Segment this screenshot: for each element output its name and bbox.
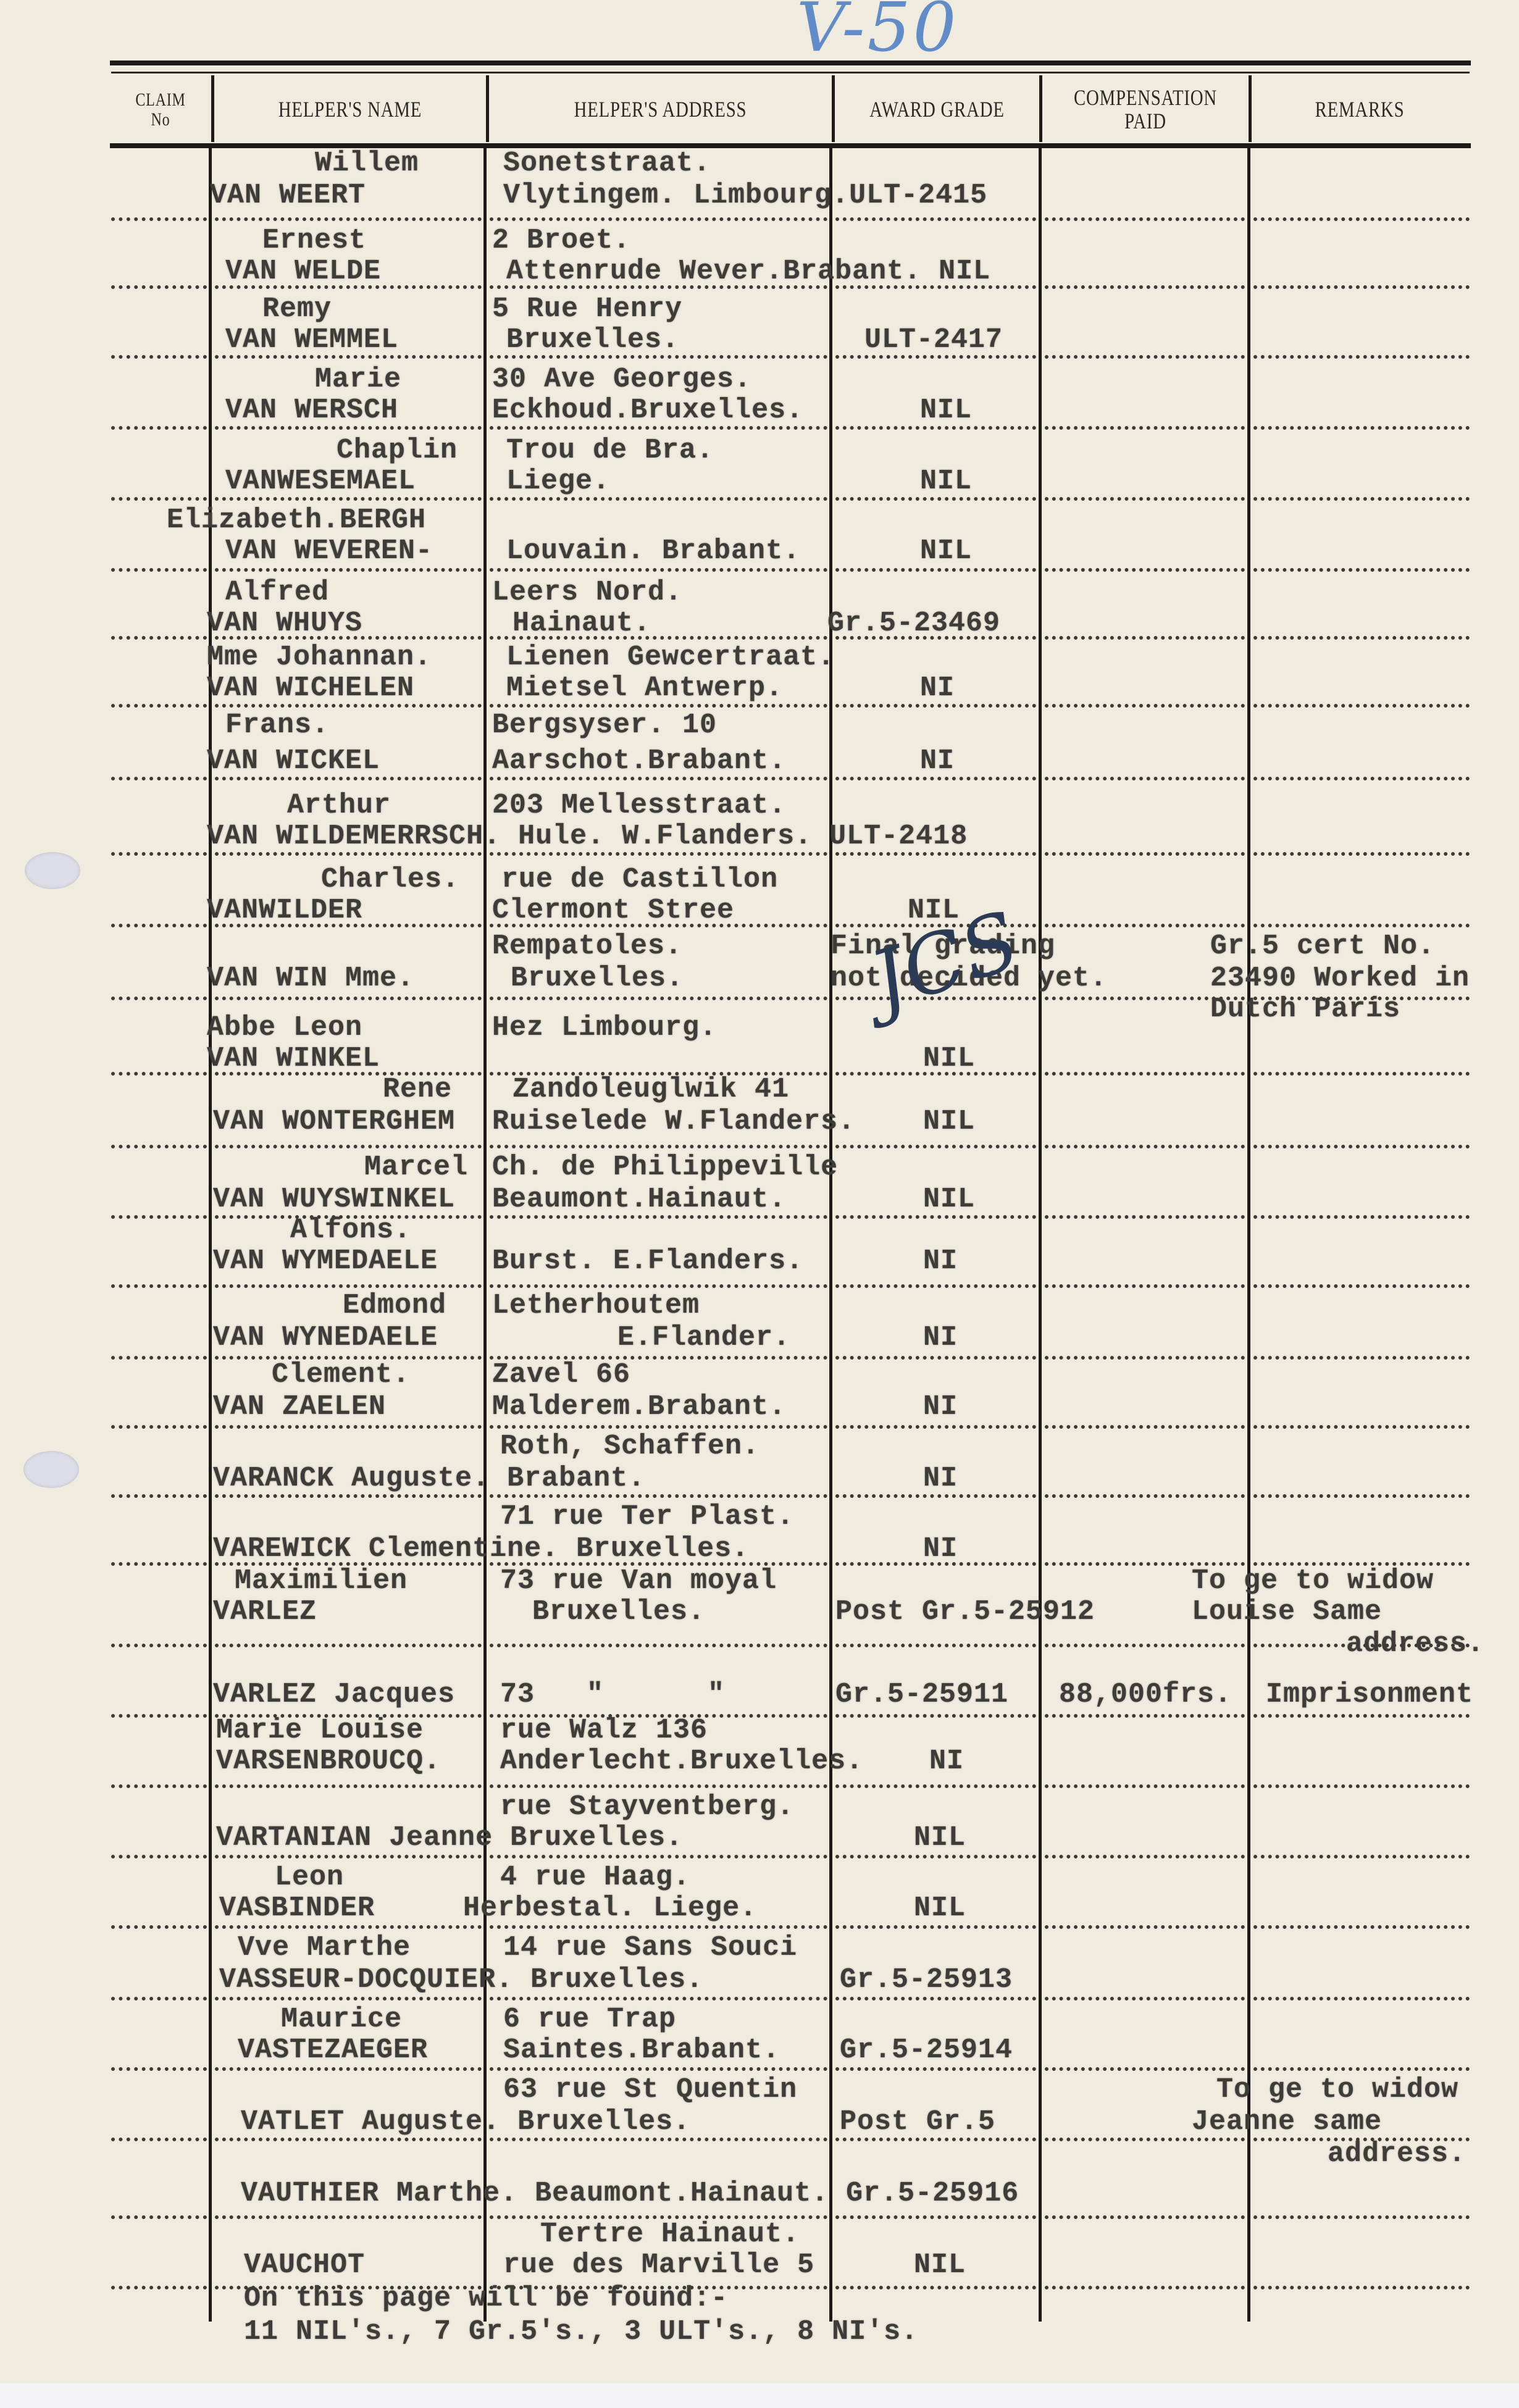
- row-separator: [111, 1784, 207, 1788]
- row-separator: [490, 497, 827, 501]
- column-header-helper-name: HELPER'S NAME: [241, 77, 459, 142]
- helper-address: Liege.: [506, 466, 610, 497]
- row-separator: [835, 1284, 1036, 1288]
- helper-surname: VAN WINKEL: [207, 1043, 380, 1074]
- helper-name-and-address: VARANCK Auguste. Brabant.: [213, 1463, 645, 1494]
- row-separator: [1045, 924, 1245, 927]
- row-separator: [490, 777, 827, 780]
- row-separator: [111, 2215, 207, 2219]
- remarks-text: Imprisonment: [1266, 1679, 1473, 1710]
- row-separator: [215, 2215, 482, 2219]
- row-separator: [1253, 355, 1470, 359]
- row-separator: [835, 852, 1036, 856]
- row-separator: [490, 2067, 827, 2071]
- row-separator: [111, 852, 207, 856]
- row-separator: [835, 426, 1036, 430]
- row-separator: [835, 1494, 1036, 1498]
- row-separator: [1045, 1714, 1245, 1718]
- header-divider: [211, 75, 214, 142]
- row-separator: [490, 1784, 827, 1788]
- row-separator: [111, 1562, 207, 1566]
- row-separator: [1045, 1997, 1245, 2000]
- helper-address: 4 rue Haag.: [500, 1862, 690, 1893]
- award-grade: Gr.5-23469: [827, 608, 1000, 639]
- row-separator: [490, 1284, 827, 1288]
- helper-address: Ruiselede W.Flanders.: [492, 1106, 855, 1137]
- helper-first-name: Willem: [315, 148, 419, 179]
- row-separator: [1253, 1855, 1470, 1858]
- row-separator: [1045, 285, 1245, 289]
- helper-address: Louvain. Brabant.: [506, 536, 800, 567]
- row-separator: [1253, 924, 1470, 927]
- helper-address: 30 Ave Georges.: [492, 364, 751, 395]
- row-separator: [835, 1997, 1036, 2000]
- row-separator: [1253, 1215, 1470, 1219]
- row-separator: [215, 2067, 482, 2071]
- remarks-text: Dutch Paris: [1210, 994, 1400, 1025]
- helper-address: rue des Marville 5: [503, 2250, 814, 2281]
- row-separator: [1045, 2286, 1245, 2289]
- row-separator: [1253, 636, 1470, 640]
- award-grade: NIL: [923, 1043, 975, 1074]
- header-divider: [832, 75, 835, 142]
- row-separator: [490, 1997, 827, 2000]
- helper-address: 71 rue Ter Plast.: [500, 1502, 794, 1532]
- row-separator: [1253, 1997, 1470, 2000]
- row-separator: [111, 1215, 207, 1219]
- helper-address: Zandoleuglwik 41: [513, 1074, 789, 1105]
- row-separator: [215, 1925, 482, 1929]
- row-separator: [111, 497, 207, 501]
- helper-address: Saintes.Brabant.: [503, 2035, 780, 2066]
- award-grade: NI: [923, 1463, 958, 1494]
- helper-address: 203 Mellesstraat.: [492, 790, 786, 821]
- remarks-text: To ge to widow: [1216, 2075, 1458, 2105]
- helper-surname: VASBINDER: [219, 1893, 375, 1924]
- row-separator: [1045, 1784, 1245, 1788]
- helper-address: Tertre Hainaut.: [540, 2219, 800, 2250]
- helper-address: Clermont Stree: [492, 895, 734, 926]
- handwritten-initials: JCS: [860, 893, 1030, 1029]
- row-separator: [1253, 1356, 1470, 1360]
- helper-address: Leers Nord.: [492, 577, 682, 608]
- top-rule-thin: [111, 72, 1470, 73]
- row-separator: [490, 997, 827, 1000]
- row-separator: [1045, 426, 1245, 430]
- helper-first-name: Ernest: [262, 225, 366, 256]
- row-separator: [111, 2138, 207, 2141]
- helper-first-name: Alfred: [225, 577, 329, 608]
- row-separator: [1045, 217, 1245, 221]
- helper-first-name: Marcel: [364, 1152, 468, 1183]
- row-separator: [111, 636, 207, 640]
- helper-first-name: Edmond: [343, 1290, 446, 1321]
- column-header-compensation-paid: COMPENSATION PAID: [1063, 77, 1228, 142]
- row-separator: [1045, 777, 1245, 780]
- row-separator: [1045, 497, 1245, 501]
- row-separator: [215, 1855, 482, 1858]
- row-separator: [1253, 1284, 1470, 1288]
- helper-surname: VAN WYNEDAELE: [213, 1323, 438, 1353]
- header-divider: [1249, 75, 1252, 142]
- award-grade: NI: [929, 1746, 964, 1777]
- row-separator: [835, 2286, 1036, 2289]
- award-grade: NIL: [920, 466, 972, 497]
- helper-surname: VAN ZAELEN: [213, 1392, 386, 1423]
- row-separator: [111, 1425, 207, 1429]
- column-divider-name: [209, 148, 212, 2322]
- helper-surname: VARLEZ: [213, 1597, 317, 1628]
- row-separator: [111, 217, 207, 221]
- row-separator: [490, 704, 827, 708]
- row-separator: [1045, 2067, 1245, 2071]
- helper-address: Sonetstraat.: [503, 148, 711, 179]
- helper-first-name: Leon: [275, 1862, 344, 1893]
- row-separator: [490, 2138, 827, 2141]
- helper-address: 5 Rue Henry: [492, 294, 682, 325]
- row-separator: [111, 1714, 207, 1718]
- row-separator: [215, 1145, 482, 1148]
- column-header-claim-no: CLAIM No: [121, 77, 200, 142]
- row-separator: [1045, 1145, 1245, 1148]
- document-page: V-50 CLAIM No HELPER'S NAME HELPER'S ADD…: [0, 0, 1519, 2383]
- remarks-text: Gr.5 cert No.: [1210, 931, 1435, 962]
- helper-address: Roth, Schaffen.: [500, 1431, 759, 1462]
- award-grade: NI: [923, 1323, 958, 1353]
- row-separator: [1253, 1714, 1470, 1718]
- helper-address: Rempatoles.: [492, 931, 682, 962]
- row-separator: [1253, 2286, 1470, 2289]
- row-separator: [1253, 1072, 1470, 1076]
- helper-surname: VAN WERSCH: [225, 395, 398, 426]
- helper-address: 73 " ": [500, 1679, 725, 1710]
- remarks-text: 23490 Worked in: [1210, 963, 1470, 994]
- scan-margin: [0, 2383, 1519, 2408]
- row-separator: [111, 426, 207, 430]
- award-grade: Post Gr.5-25912: [835, 1597, 1095, 1628]
- helper-first-name: Frans.: [225, 710, 329, 741]
- row-separator: [111, 2286, 207, 2289]
- award-grade: NIL: [923, 1106, 975, 1137]
- helper-name-and-address: VASSEUR-DOCQUIER. Bruxelles.: [219, 1965, 703, 1996]
- row-separator: [490, 426, 827, 430]
- helper-name-and-address: VAREWICK Clementine. Bruxelles.: [213, 1534, 749, 1565]
- helper-address: Lienen Gewcertraat.: [506, 642, 835, 673]
- row-separator: [1045, 2215, 1245, 2219]
- helper-address: Bruxelles.: [506, 325, 679, 356]
- row-separator: [111, 704, 207, 708]
- punch-hole: [23, 1451, 79, 1488]
- row-separator: [215, 217, 482, 221]
- row-separator: [111, 777, 207, 780]
- row-separator: [1045, 2138, 1245, 2141]
- row-separator: [490, 1925, 827, 1929]
- helper-address: 2 Broet.: [492, 225, 630, 256]
- row-separator: [835, 2215, 1036, 2219]
- award-grade: ULT-2417: [864, 325, 1003, 356]
- helper-first-name: Alfons.: [290, 1215, 411, 1246]
- row-separator: [1045, 1356, 1245, 1360]
- row-separator: [490, 1855, 827, 1858]
- row-separator: [835, 1855, 1036, 1858]
- row-separator: [835, 2138, 1036, 2141]
- row-separator: [111, 1997, 207, 2000]
- column-divider-remarks: [1247, 148, 1250, 2322]
- helper-first-name: Vve Marthe: [238, 1933, 411, 1963]
- row-separator: [1253, 2067, 1470, 2071]
- row-separator: [111, 1644, 207, 1647]
- helper-address: Bruxelles.: [532, 1597, 705, 1628]
- row-separator: [215, 1284, 482, 1288]
- row-separator: [1045, 355, 1245, 359]
- award-grade: Post Gr.5: [840, 2107, 995, 2138]
- row-separator: [1045, 1072, 1245, 1076]
- remarks-text: Louise Same: [1192, 1597, 1382, 1628]
- helper-name-address-grade: VAUTHIER Marthe. Beaumont.Hainaut. Gr.5-…: [241, 2178, 1019, 2209]
- row-separator: [215, 1644, 482, 1647]
- helper-address: Hez Limbourg.: [492, 1013, 717, 1043]
- helper-surname: VAN WIN Mme.: [207, 963, 414, 994]
- remarks-text: Jeanne same: [1192, 2107, 1382, 2138]
- top-rule-thick: [110, 61, 1471, 65]
- column-header-award-grade: AWARD GRADE: [855, 77, 1019, 142]
- row-separator: [1253, 1925, 1470, 1929]
- helper-address: Bruxelles.: [511, 963, 684, 994]
- row-separator: [111, 924, 207, 927]
- row-separator: [1253, 2215, 1470, 2219]
- helper-address: 73 rue Van moyal: [500, 1566, 777, 1597]
- row-separator: [111, 1284, 207, 1288]
- helper-address: Mietsel Antwerp.: [506, 673, 783, 704]
- award-grade: NI: [923, 1392, 958, 1423]
- helper-first-name: Maurice: [281, 2004, 402, 2035]
- helper-name-and-address: VARTANIAN Jeanne Bruxelles.: [216, 1823, 683, 1854]
- helper-first-name: Arthur: [287, 790, 391, 821]
- column-divider-compensation: [1039, 148, 1042, 2322]
- helper-address: Anderlecht.Bruxelles.: [500, 1746, 863, 1777]
- row-separator: [111, 1145, 207, 1148]
- row-separator: [835, 704, 1036, 708]
- row-separator: [1253, 1425, 1470, 1429]
- award-grade: NIL: [923, 1184, 975, 1215]
- row-separator: [111, 1925, 207, 1929]
- row-separator: [1045, 1284, 1245, 1288]
- row-separator: [215, 704, 482, 708]
- header-bottom-rule: [110, 143, 1471, 148]
- row-separator: [835, 1145, 1036, 1148]
- helper-surname: VANWESEMAEL: [225, 466, 416, 497]
- helper-first-name: Maximilien: [235, 1566, 408, 1597]
- row-separator: [215, 1494, 482, 1498]
- award-grade: NIL: [914, 1893, 966, 1924]
- helper-first-name: Clement.: [272, 1360, 410, 1390]
- helper-surname: VARLEZ Jacques: [213, 1679, 455, 1710]
- column-divider-grade: [829, 148, 832, 2322]
- row-separator: [1253, 426, 1470, 430]
- row-separator: [835, 1644, 1036, 1647]
- row-separator: [490, 1145, 827, 1148]
- row-separator: [215, 1784, 482, 1788]
- helper-first-name: Remy: [262, 294, 332, 325]
- award-grade: NIL: [920, 536, 972, 567]
- helper-surname: VAN WICKEL: [207, 746, 380, 777]
- helper-address: Zavel 66: [492, 1360, 630, 1390]
- row-separator: [1253, 497, 1470, 501]
- row-separator: [835, 777, 1036, 780]
- row-separator: [1045, 704, 1245, 708]
- row-separator: [1253, 1494, 1470, 1498]
- remarks-text: To ge to widow: [1192, 1566, 1434, 1597]
- helper-address: rue Walz 136: [500, 1715, 708, 1746]
- row-separator: [835, 497, 1036, 501]
- row-separator: [111, 1494, 207, 1498]
- helper-first-name: Marie: [315, 364, 401, 395]
- helper-address: Burst. E.Flanders.: [492, 1246, 803, 1277]
- row-separator: [1045, 636, 1245, 640]
- helper-surname: VASTEZAEGER: [238, 2035, 428, 2066]
- helper-address: Eckhoud.Bruxelles.: [492, 395, 803, 426]
- row-separator: [215, 2138, 482, 2141]
- row-separator: [1253, 1784, 1470, 1788]
- row-separator: [490, 217, 827, 221]
- column-divider-address: [483, 148, 487, 2322]
- row-separator: [215, 852, 482, 856]
- row-separator: [1045, 1494, 1245, 1498]
- helper-name-and-address: VATLET Auguste. Bruxelles.: [241, 2107, 690, 2138]
- helper-address: Letherhoutem: [492, 1290, 700, 1321]
- summary-heading: On this page will be found:-: [244, 2283, 728, 2314]
- helper-first-name: Rene: [383, 1074, 452, 1105]
- helper-surname: VAN WHUYS: [207, 608, 362, 639]
- helper-address: Trou de Bra.: [506, 435, 714, 466]
- column-header-remarks: REMARKS: [1273, 77, 1446, 142]
- helper-surname: VAN WEVEREN-: [225, 536, 433, 567]
- helper-first-name: Marie Louise: [216, 1715, 424, 1746]
- row-separator: [490, 568, 827, 572]
- helper-first-name: Elizabeth.BERGH: [167, 505, 426, 536]
- row-separator: [1045, 1425, 1245, 1429]
- helper-surname-address-grade: VAN WILDEMERRSCH. Hule. W.Flanders. ULT-…: [207, 821, 968, 852]
- row-separator: [490, 1425, 827, 1429]
- row-separator: [215, 1997, 482, 2000]
- row-separator: [835, 217, 1036, 221]
- row-separator: [835, 568, 1036, 572]
- row-separator: [111, 285, 207, 289]
- row-separator: [111, 1855, 207, 1858]
- award-grade: Gr.5-25914: [840, 2035, 1013, 2066]
- helper-address: rue Stayventberg.: [500, 1792, 794, 1823]
- helper-address: Aarschot.Brabant.: [492, 746, 786, 777]
- row-separator: [490, 1215, 827, 1219]
- helper-surname: VAN WONTERGHEM: [213, 1106, 455, 1137]
- row-separator: [1045, 1925, 1245, 1929]
- award-grade: NI: [920, 673, 955, 704]
- helper-surname: VAN WICHELEN: [207, 673, 414, 704]
- award-grade: Gr.5-25913: [840, 1965, 1013, 1996]
- row-separator: [835, 1215, 1036, 1219]
- row-separator: [1253, 704, 1470, 708]
- row-separator: [1045, 568, 1245, 572]
- remarks-text: address.: [1328, 2139, 1466, 2170]
- helper-surname: VARSENBROUCQ.: [216, 1746, 441, 1777]
- award-grade: Gr.5-25911: [835, 1679, 1008, 1710]
- helper-address: Ch. de Philippeville: [492, 1152, 838, 1183]
- helper-first-name: Charles.: [321, 864, 459, 895]
- helper-surname: VAN WYMEDAELE: [213, 1246, 438, 1277]
- award-grade: NI: [923, 1534, 958, 1565]
- helper-surname: VAUCHOT: [244, 2250, 365, 2281]
- row-separator: [1045, 852, 1245, 856]
- summary-counts: 11 NIL's., 7 Gr.5's., 3 ULT's., 8 NI's.: [244, 2317, 918, 2347]
- row-separator: [111, 2067, 207, 2071]
- row-separator: [835, 1425, 1036, 1429]
- row-separator: [215, 1425, 482, 1429]
- helper-surname: VANWILDER: [207, 895, 362, 926]
- row-separator: [835, 1784, 1036, 1788]
- helper-address: 6 rue Trap: [503, 2004, 676, 2035]
- row-separator: [1045, 1855, 1245, 1858]
- row-separator: [1253, 852, 1470, 856]
- row-separator: [1253, 217, 1470, 221]
- helper-address: Beaumont.Hainaut.: [492, 1184, 786, 1215]
- helper-address: Bergsyser. 10: [492, 710, 717, 741]
- row-separator: [111, 568, 207, 572]
- award-grade: NIL: [914, 2250, 966, 2281]
- helper-address-with-grade: Vlytingem. Limbourg.ULT-2415: [503, 180, 987, 211]
- helper-surname: VAN WUYSWINKEL: [213, 1184, 455, 1215]
- row-separator: [1045, 1215, 1245, 1219]
- row-separator: [835, 1356, 1036, 1360]
- helper-address: Herbestal. Liege.: [463, 1893, 757, 1924]
- helper-address: rue de Castillon: [501, 864, 778, 895]
- award-grade: NIL: [914, 1823, 966, 1854]
- helper-address-with-grade: Attenrude Wever.Brabant. NIL: [506, 256, 990, 287]
- row-separator: [1253, 777, 1470, 780]
- helper-first-name: Chaplin: [337, 435, 458, 466]
- column-header-helper-address: HELPER'S ADDRESS: [524, 77, 798, 142]
- helper-address: Hainaut.: [513, 608, 651, 639]
- helper-address: Malderem.Brabant.: [492, 1392, 786, 1423]
- helper-address: 14 rue Sans Souci: [503, 1933, 797, 1963]
- helper-first-name: Abbe Leon: [207, 1013, 362, 1043]
- row-separator: [111, 1356, 207, 1360]
- helper-first-name: Mme Johannan.: [207, 642, 432, 673]
- page-mark-handwritten: V-50: [797, 0, 958, 67]
- helper-address: E.Flander.: [617, 1323, 790, 1353]
- row-separator: [215, 497, 482, 501]
- helper-surname: VAN WEMMEL: [225, 325, 398, 356]
- helper-address: 63 rue St Quentin: [503, 2075, 797, 2105]
- row-separator: [835, 1925, 1036, 1929]
- punch-hole: [25, 852, 80, 889]
- helper-surname: VAN WELDE: [225, 256, 381, 287]
- row-separator: [111, 1072, 207, 1076]
- row-separator: [835, 1714, 1036, 1718]
- row-separator: [215, 426, 482, 430]
- row-separator: [111, 997, 207, 1000]
- row-separator: [835, 2067, 1036, 2071]
- row-separator: [111, 355, 207, 359]
- helper-surname: VAN WEERT: [210, 180, 366, 211]
- row-separator: [215, 777, 482, 780]
- row-separator: [1253, 1145, 1470, 1148]
- row-separator: [215, 568, 482, 572]
- compensation-paid: 88,000frs.: [1059, 1679, 1232, 1710]
- header-divider: [1039, 75, 1042, 142]
- row-separator: [215, 997, 482, 1000]
- award-grade: NIL: [920, 395, 972, 426]
- row-separator: [490, 852, 827, 856]
